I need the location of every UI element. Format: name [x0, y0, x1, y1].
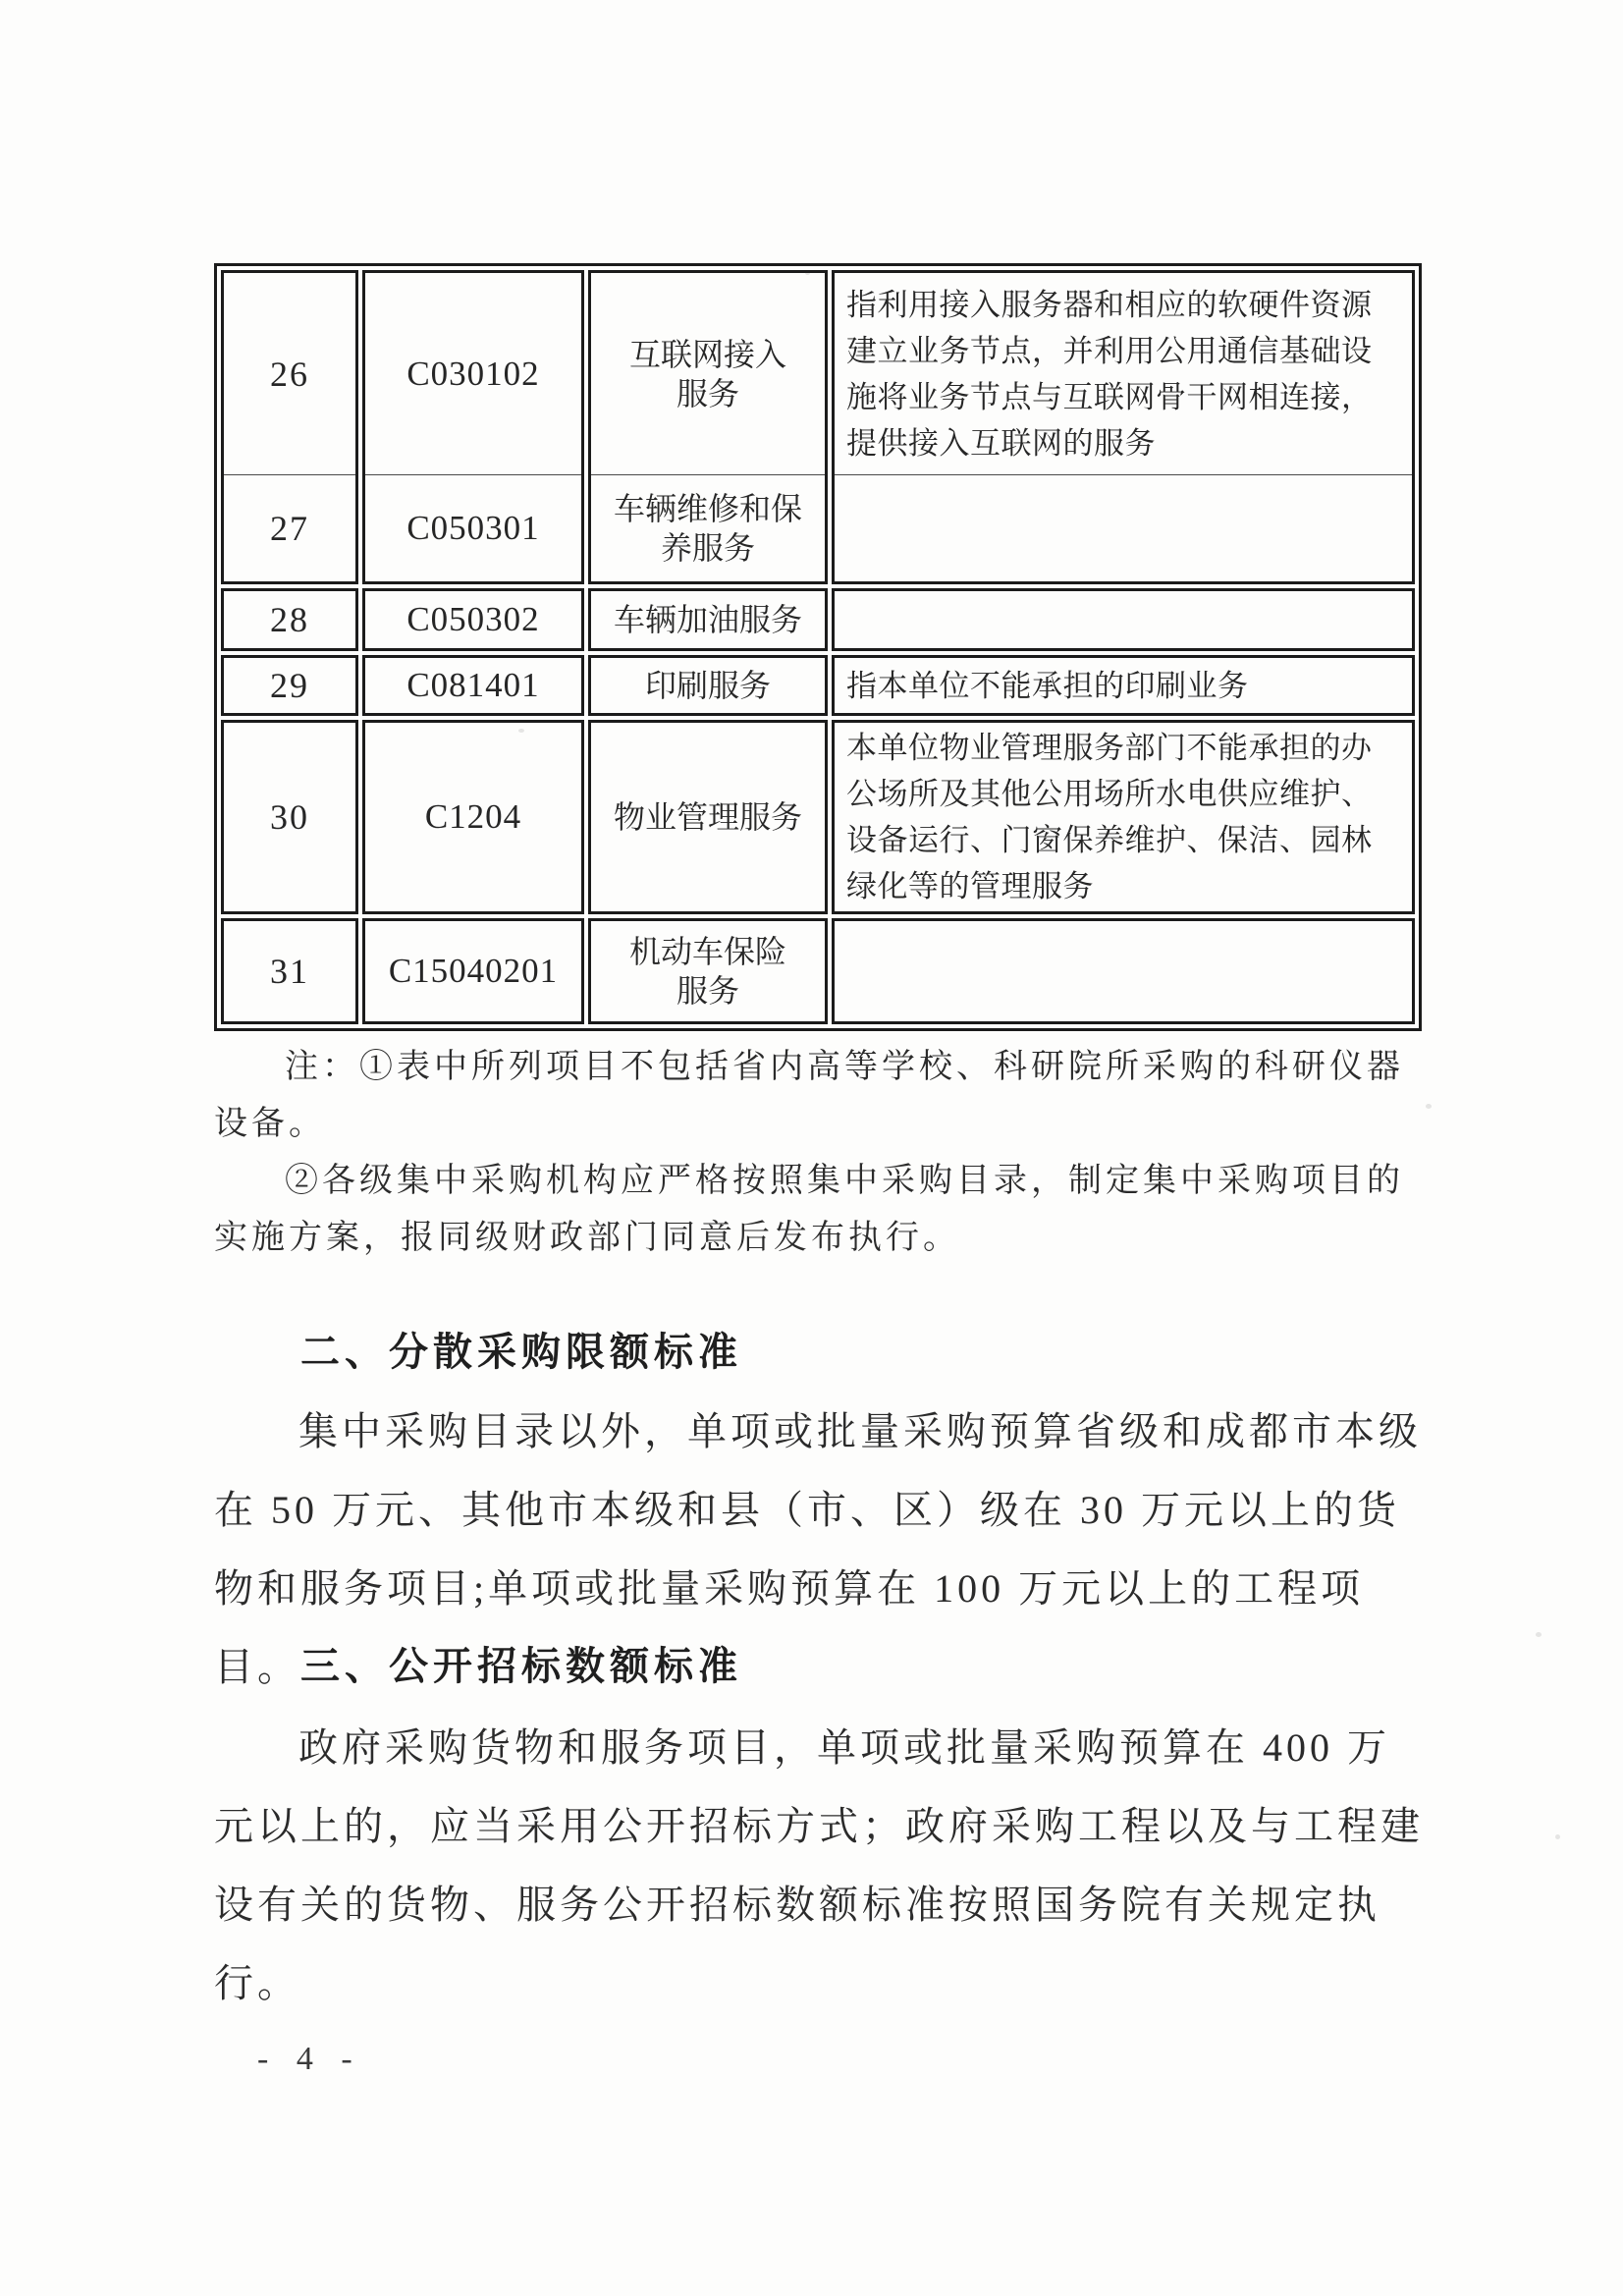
row-26-code-cell: C030102	[365, 273, 581, 475]
row-28-desc-cell	[832, 588, 1415, 651]
table-group-rows-26-27: 26 27 C030102 C050301 互联网接入服务 车辆维修和保养服务 …	[221, 270, 1415, 584]
section-3-heading: 三、公开招标数额标准	[214, 1644, 1424, 1689]
procurement-table: 26 27 C030102 C050301 互联网接入服务 车辆维修和保养服务 …	[214, 263, 1422, 1031]
scan-speck	[518, 729, 524, 733]
note-1: 注：①表中所列项目不包括省内高等学校、科研院所采购的科研仪器设备。	[214, 1039, 1424, 1153]
scan-speck	[1426, 1104, 1432, 1109]
row-26-desc-cell: 指利用接入服务器和相应的软硬件资源建立业务节点，并利用公用通信基础设施将业务节点…	[835, 273, 1412, 475]
row-30-code-cell: C1204	[362, 720, 584, 914]
row-27-code-cell: C050301	[365, 475, 581, 581]
note-2: ②各级集中采购机构应严格按照集中采购目录，制定集中采购项目的实施方案，报同级财政…	[214, 1153, 1424, 1267]
row-30-name-cell: 物业管理服务	[588, 720, 828, 914]
row-29-no-cell: 29	[221, 655, 358, 716]
row-26-name-cell: 互联网接入服务	[591, 273, 825, 475]
row-26-no-cell: 26	[224, 273, 355, 475]
table-row-28: 28 C050302 车辆加油服务	[221, 588, 1415, 651]
section-2-heading: 二、分散采购限额标准	[214, 1330, 1424, 1375]
group-col-desc: 指利用接入服务器和相应的软硬件资源建立业务节点，并利用公用通信基础设施将业务节点…	[832, 270, 1415, 584]
row-31-desc-cell	[832, 918, 1415, 1024]
table-row-29: 29 C081401 印刷服务 指本单位不能承担的印刷业务	[221, 655, 1415, 716]
name-line: 服务	[629, 971, 786, 1011]
row-27-desc-cell	[835, 475, 1412, 581]
row-31-name-cell: 机动车保险服务	[588, 918, 828, 1024]
row-27-no-cell: 27	[224, 475, 355, 581]
group-col-code: C030102 C050301	[362, 270, 584, 584]
row-28-name-cell: 车辆加油服务	[588, 588, 828, 651]
row-28-code-cell: C050302	[362, 588, 584, 651]
row-27-name-cell: 车辆维修和保养服务	[591, 475, 825, 581]
row-31-code-cell: C15040201	[362, 918, 584, 1024]
row-29-name-cell: 印刷服务	[588, 655, 828, 716]
table-row-30: 30 C1204 物业管理服务 本单位物业管理服务部门不能承担的办公场所及其他公…	[221, 720, 1415, 914]
document-page: 26 27 C030102 C050301 互联网接入服务 车辆维修和保养服务 …	[0, 0, 1623, 2296]
scan-speck	[1536, 1632, 1542, 1637]
table-notes: 注：①表中所列项目不包括省内高等学校、科研院所采购的科研仪器设备。 ②各级集中采…	[214, 1039, 1424, 1267]
scan-speck	[1555, 1834, 1560, 1839]
section-3-paragraph: 政府采购货物和服务项目，单项或批量采购预算在 400 万元以上的，应当采用公开招…	[214, 1709, 1424, 2023]
name-line: 养服务	[614, 528, 802, 568]
group-col-name: 互联网接入服务 车辆维修和保养服务	[588, 270, 828, 584]
row-30-no-cell: 30	[221, 720, 358, 914]
row-28-no-cell: 28	[221, 588, 358, 651]
page-number: - 4 -	[257, 2041, 354, 2078]
name-line: 互联网接入	[629, 335, 786, 374]
name-line: 服务	[629, 374, 786, 413]
row-30-desc-cell: 本单位物业管理服务部门不能承担的办公场所及其他公用场所水电供应维护、设备运行、门…	[832, 720, 1415, 914]
table-row-31: 31 C15040201 机动车保险服务	[221, 918, 1415, 1024]
group-col-no: 26 27	[221, 270, 358, 584]
scan-speck	[805, 271, 810, 275]
row-31-no-cell: 31	[221, 918, 358, 1024]
row-29-desc-cell: 指本单位不能承担的印刷业务	[832, 655, 1415, 716]
row-29-code-cell: C081401	[362, 655, 584, 716]
name-line: 机动车保险	[629, 932, 786, 971]
name-line: 车辆维修和保	[614, 489, 802, 528]
